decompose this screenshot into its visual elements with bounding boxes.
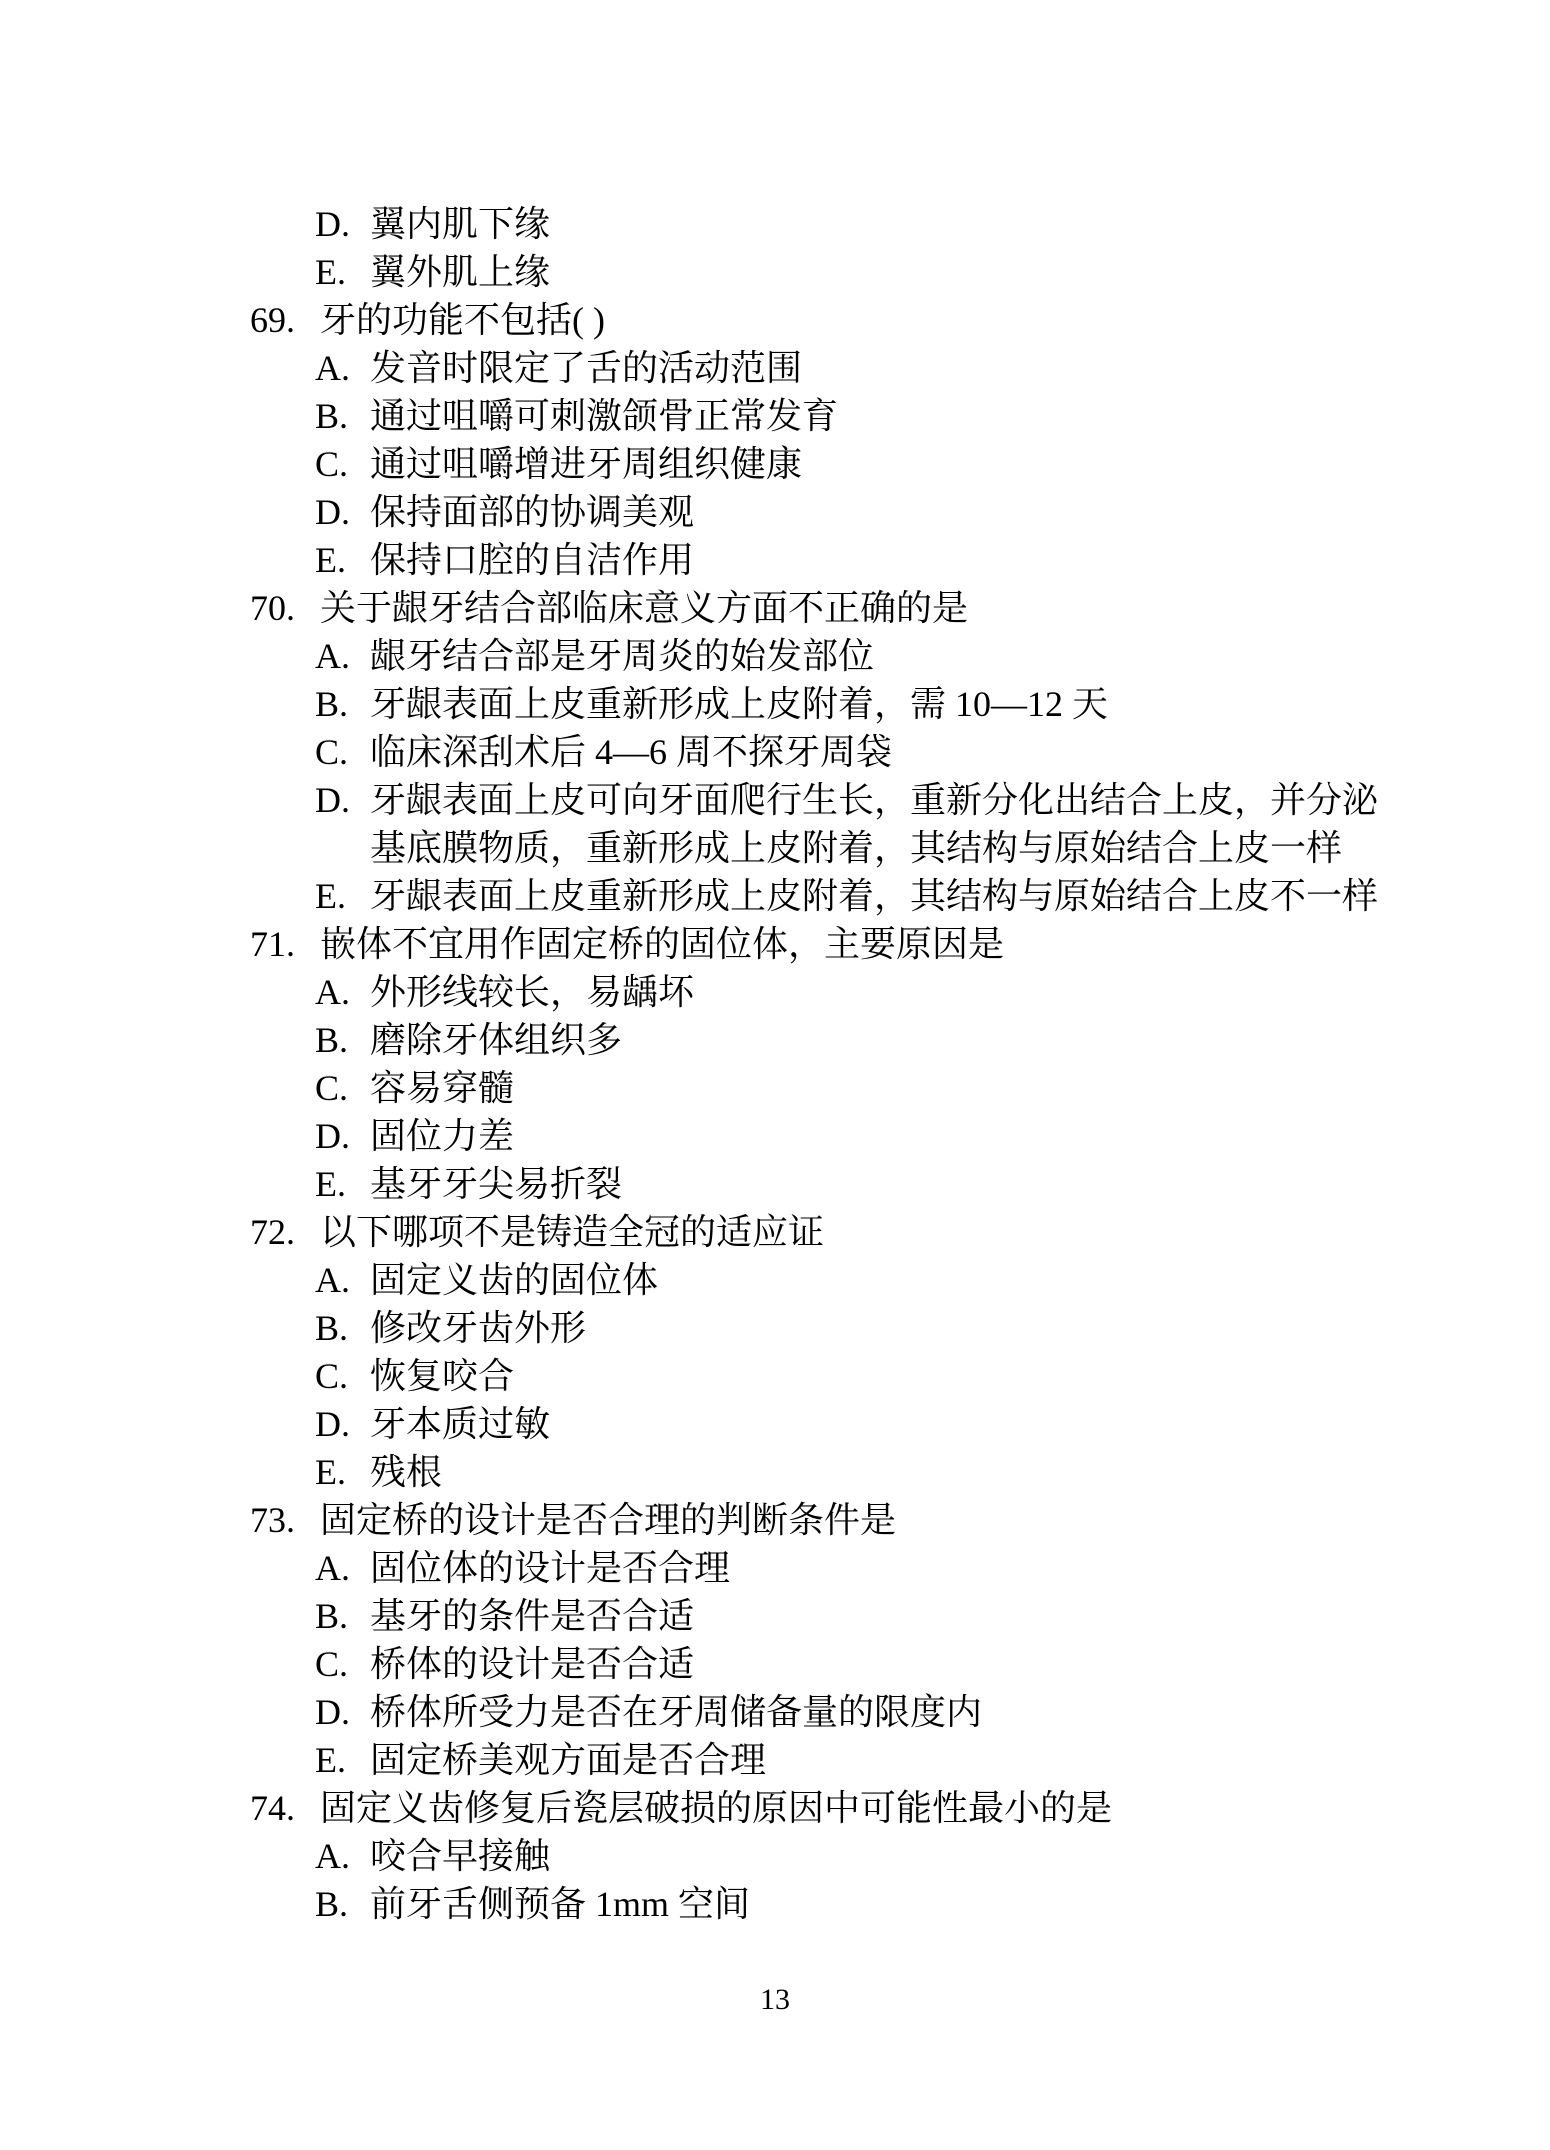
option-row: E. 牙龈表面上皮重新形成上皮附着，其结构与原始结合上皮不一样	[0, 872, 1382, 920]
option-text: 容易穿髓	[370, 1064, 514, 1112]
question-stem: 牙的功能不包括( )	[320, 296, 605, 344]
option-text: 基牙的条件是否合适	[370, 1592, 694, 1640]
option-label: D.	[315, 200, 370, 248]
question-row: 70. 关于龈牙结合部临床意义方面不正确的是	[0, 584, 1382, 632]
option-row: B. 磨除牙体组织多	[0, 1016, 1382, 1064]
question-row: 72. 以下哪项不是铸造全冠的适应证	[0, 1208, 1382, 1256]
option-label: A.	[315, 1544, 370, 1592]
option-text: 翼内肌下缘	[370, 200, 550, 248]
option-label: A.	[315, 968, 370, 1016]
option-text: 通过咀嚼增进牙周组织健康	[370, 440, 802, 488]
option-text: 桥体所受力是否在牙周储备量的限度内	[370, 1688, 982, 1736]
option-label: A.	[315, 1832, 370, 1880]
option-label: B.	[315, 1016, 370, 1064]
option-label: B.	[315, 1592, 370, 1640]
option-text: 临床深刮术后 4—6 周不探牙周袋	[370, 728, 892, 776]
option-label: C.	[315, 1064, 370, 1112]
option-row: D. 翼内肌下缘	[0, 200, 1382, 248]
option-row: C. 通过咀嚼增进牙周组织健康	[0, 440, 1382, 488]
question-stem: 固定桥的设计是否合理的判断条件是	[320, 1496, 896, 1544]
option-row: E. 固定桥美观方面是否合理	[0, 1736, 1382, 1784]
option-text: 牙龈表面上皮重新形成上皮附着，需 10—12 天	[370, 680, 1108, 728]
option-label: D.	[315, 488, 370, 536]
question-number: 71.	[250, 920, 320, 968]
option-row: C. 恢复咬合	[0, 1352, 1382, 1400]
option-text: 磨除牙体组织多	[370, 1016, 622, 1064]
option-row: B. 基牙的条件是否合适	[0, 1592, 1382, 1640]
option-label: E.	[315, 1160, 370, 1208]
question-stem: 以下哪项不是铸造全冠的适应证	[320, 1208, 824, 1256]
option-row: E. 基牙牙尖易折裂	[0, 1160, 1382, 1208]
option-text: 发音时限定了舌的活动范围	[370, 344, 802, 392]
option-row: B. 牙龈表面上皮重新形成上皮附着，需 10—12 天	[0, 680, 1382, 728]
option-label: C.	[315, 1352, 370, 1400]
option-text: 牙本质过敏	[370, 1400, 550, 1448]
option-text: 前牙舌侧预备 1mm 空间	[370, 1880, 750, 1928]
option-label: D.	[315, 1400, 370, 1448]
option-label: E.	[315, 1736, 370, 1784]
question-number: 69.	[250, 296, 320, 344]
option-text: 保持口腔的自洁作用	[370, 536, 694, 584]
option-row: D. 牙本质过敏	[0, 1400, 1382, 1448]
question-number: 74.	[250, 1784, 320, 1832]
option-row: C. 容易穿髓	[0, 1064, 1382, 1112]
option-row: C. 桥体的设计是否合适	[0, 1640, 1382, 1688]
option-text: 恢复咬合	[370, 1352, 514, 1400]
option-label: B.	[315, 680, 370, 728]
option-label: D.	[315, 1688, 370, 1736]
question-number: 70.	[250, 584, 320, 632]
option-text: 修改牙齿外形	[370, 1304, 586, 1352]
question-stem: 固定义齿修复后瓷层破损的原因中可能性最小的是	[320, 1784, 1112, 1832]
option-label: D.	[315, 1112, 370, 1160]
question-row: 74. 固定义齿修复后瓷层破损的原因中可能性最小的是	[0, 1784, 1382, 1832]
option-row: B. 前牙舌侧预备 1mm 空间	[0, 1880, 1382, 1928]
option-row: A. 固位体的设计是否合理	[0, 1544, 1382, 1592]
option-row: A. 发音时限定了舌的活动范围	[0, 344, 1382, 392]
option-text: 牙龈表面上皮重新形成上皮附着，其结构与原始结合上皮不一样	[370, 872, 1378, 920]
option-label: B.	[315, 392, 370, 440]
option-text: 通过咀嚼可刺激颌骨正常发育	[370, 392, 838, 440]
option-label: B.	[315, 1880, 370, 1928]
option-row: A. 外形线较长，易龋坏	[0, 968, 1382, 1016]
option-label: A.	[315, 632, 370, 680]
option-row: A. 固定义齿的固位体	[0, 1256, 1382, 1304]
option-label: A.	[315, 1256, 370, 1304]
option-text: 残根	[370, 1448, 442, 1496]
option-text: 外形线较长，易龋坏	[370, 968, 694, 1016]
question-number: 72.	[250, 1208, 320, 1256]
option-row: B. 修改牙齿外形	[0, 1304, 1382, 1352]
option-row: A. 龈牙结合部是牙周炎的始发部位	[0, 632, 1382, 680]
exam-paper-page: D. 翼内肌下缘 E. 翼外肌上缘 69. 牙的功能不包括( ) A. 发音时限…	[0, 0, 1550, 2150]
option-text: 固定义齿的固位体	[370, 1256, 658, 1304]
option-text: 固位体的设计是否合理	[370, 1544, 730, 1592]
option-row: D. 牙龈表面上皮可向牙面爬行生长，重新分化出结合上皮，并分泌基底膜物质，重新形…	[0, 776, 1382, 872]
option-row: D. 固位力差	[0, 1112, 1382, 1160]
option-label: E.	[315, 1448, 370, 1496]
option-row: E. 残根	[0, 1448, 1382, 1496]
question-row: 71. 嵌体不宜用作固定桥的固位体，主要原因是	[0, 920, 1382, 968]
option-label: C.	[315, 1640, 370, 1688]
question-row: 73. 固定桥的设计是否合理的判断条件是	[0, 1496, 1382, 1544]
question-number: 73.	[250, 1496, 320, 1544]
option-row: E. 翼外肌上缘	[0, 248, 1382, 296]
option-text: 翼外肌上缘	[370, 248, 550, 296]
page-number: 13	[0, 1985, 1550, 2015]
option-label: C.	[315, 440, 370, 488]
option-label: E.	[315, 536, 370, 584]
option-label: D.	[315, 776, 370, 824]
option-text: 牙龈表面上皮可向牙面爬行生长，重新分化出结合上皮，并分泌基底膜物质，重新形成上皮…	[370, 776, 1382, 872]
option-label: E.	[315, 248, 370, 296]
option-text: 保持面部的协调美观	[370, 488, 694, 536]
question-list: D. 翼内肌下缘 E. 翼外肌上缘 69. 牙的功能不包括( ) A. 发音时限…	[0, 200, 1382, 1928]
option-row: E. 保持口腔的自洁作用	[0, 536, 1382, 584]
option-row: A. 咬合早接触	[0, 1832, 1382, 1880]
question-stem: 嵌体不宜用作固定桥的固位体，主要原因是	[320, 920, 1004, 968]
option-text: 咬合早接触	[370, 1832, 550, 1880]
option-label: A.	[315, 344, 370, 392]
question-row: 69. 牙的功能不包括( )	[0, 296, 1382, 344]
question-stem: 关于龈牙结合部临床意义方面不正确的是	[320, 584, 968, 632]
option-text: 基牙牙尖易折裂	[370, 1160, 622, 1208]
option-row: D. 桥体所受力是否在牙周储备量的限度内	[0, 1688, 1382, 1736]
option-row: D. 保持面部的协调美观	[0, 488, 1382, 536]
option-text: 龈牙结合部是牙周炎的始发部位	[370, 632, 874, 680]
option-row: B. 通过咀嚼可刺激颌骨正常发育	[0, 392, 1382, 440]
option-label: C.	[315, 728, 370, 776]
option-text: 桥体的设计是否合适	[370, 1640, 694, 1688]
option-row: C. 临床深刮术后 4—6 周不探牙周袋	[0, 728, 1382, 776]
option-label: B.	[315, 1304, 370, 1352]
option-text: 固位力差	[370, 1112, 514, 1160]
option-text: 固定桥美观方面是否合理	[370, 1736, 766, 1784]
option-label: E.	[315, 872, 370, 920]
